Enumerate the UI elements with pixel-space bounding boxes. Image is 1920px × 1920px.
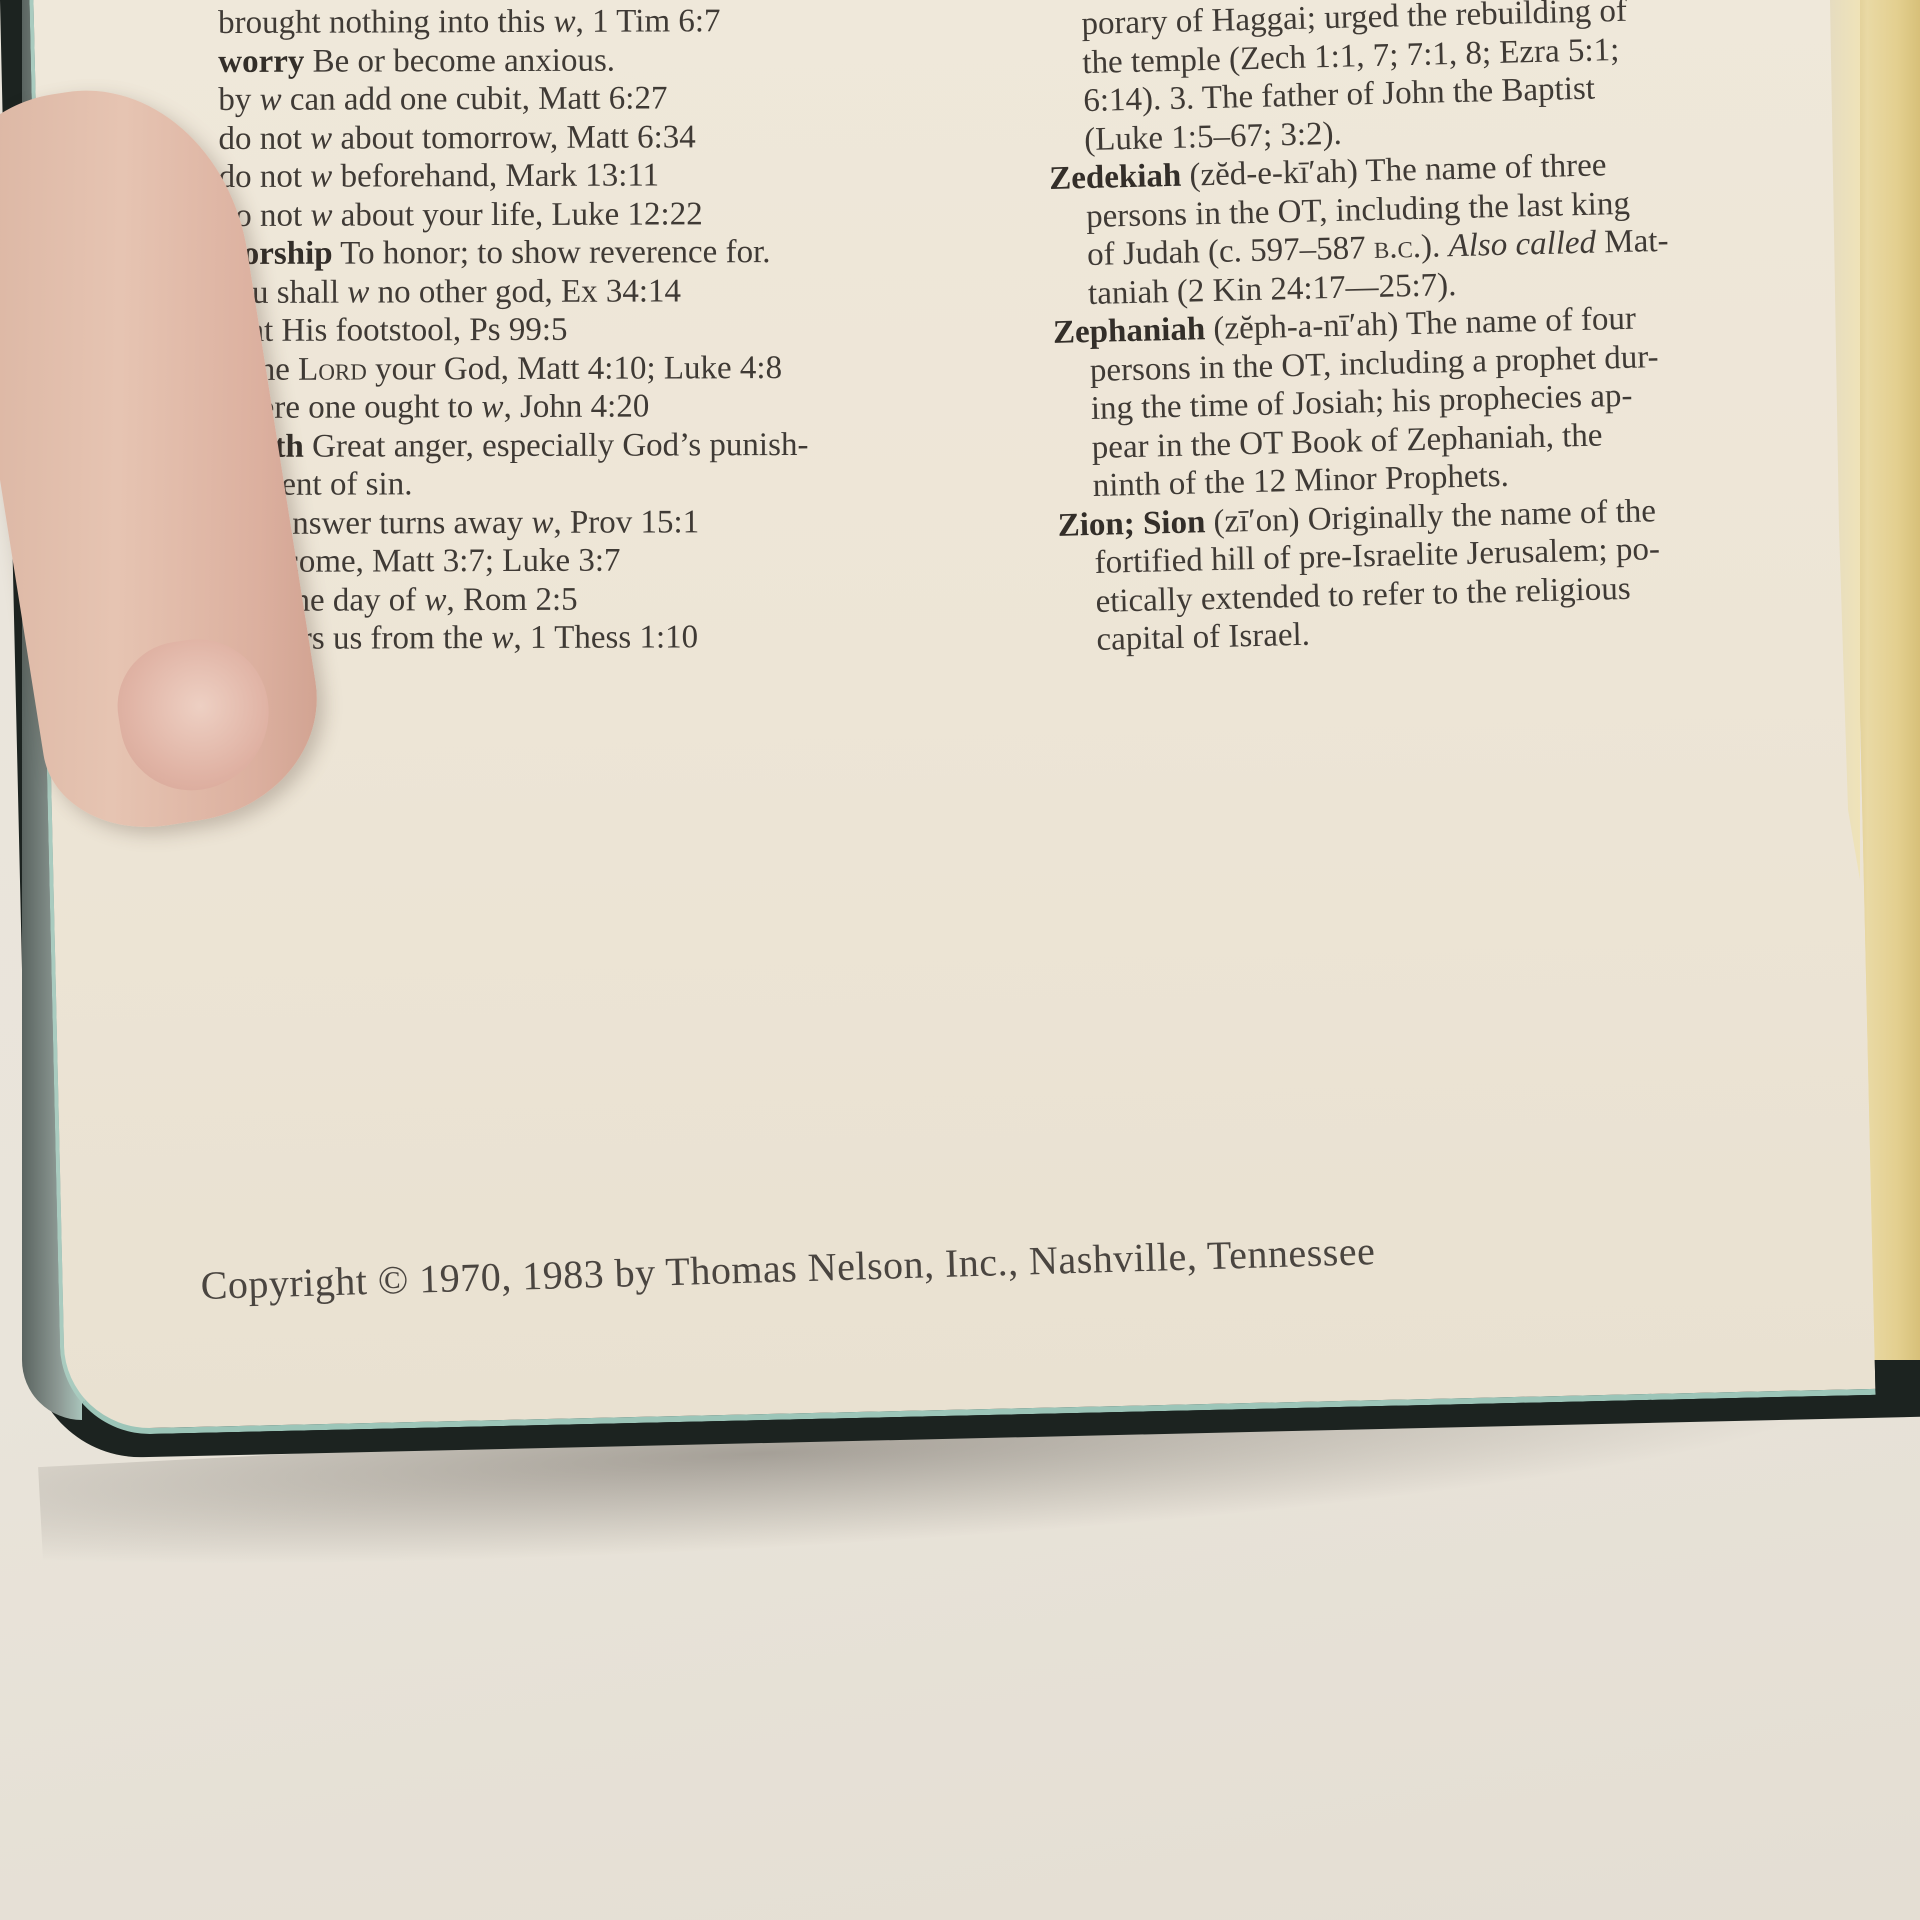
entry-line: do not w beforehand, Mark 13:11 [219,155,1019,196]
entry-zedekiah: Zedekiah (zĕd-e-kī′ah) The name of three… [1049,142,1783,314]
entry-line: w to come, Matt 3:7; Luke 3:7 [220,540,1020,581]
entry-line: w in the day of w, Rom 2:5 [220,579,1020,620]
entry-line: you shall w no other god, Ex 34:14 [219,271,1019,312]
entry-line: w at His footstool, Ps 99:5 [219,309,1019,350]
entry-line: brought nothing into this w, 1 Tim 6:7 [218,1,1018,42]
text: The name of four [1398,301,1636,343]
definition-continuation: ment of sin. [220,463,1020,504]
headword-worry: worry Be or become anxious. [218,40,1018,81]
text: The name of three [1357,147,1606,189]
pronunciation: (zī′on) [1213,501,1300,539]
headword-worship: worship To honor; to show reverence for. [219,232,1019,273]
entry-line: by w can add one cubit, Matt 6:27 [218,78,1018,119]
entry-line: soft answer turns away w, Prov 15:1 [220,502,1020,543]
headword: Zedekiah [1049,158,1182,197]
pronunciation: (zĕph-a-nī′ah) [1213,306,1399,347]
headword-wrath: wrath Great anger, especially God’s puni… [219,425,1019,466]
entry-line: where one ought to w, John 4:20 [219,386,1019,427]
headword: Zion; Sion [1057,504,1205,544]
entry-line: w the Lord your God, Matt 4:10; Luke 4:8 [219,348,1019,389]
entry-zion: Zion; Sion (zī′on) Originally the name o… [1057,489,1791,661]
entry-line: delivers us from the w, 1 Thess 1:10 [220,617,1020,658]
left-column: brought nothing into this w, 1 Tim 6:7 w… [218,1,1020,658]
zechariah-continuation: porary of Haggai; urged the rebuilding o… [1045,0,1779,160]
entry-zephaniah: Zephaniah (zĕph-a-nī′ah) The name of fou… [1053,296,1787,506]
thumbnail [108,629,280,801]
pronunciation: (zĕd-e-kī′ah) [1189,153,1358,193]
entry-line: do not w about your life, Luke 12:22 [219,194,1019,235]
right-column: porary of Haggai; urged the rebuilding o… [1045,0,1791,660]
headword: Zephaniah [1053,311,1206,351]
entry-line: do not w about tomorrow, Matt 6:34 [218,117,1018,158]
